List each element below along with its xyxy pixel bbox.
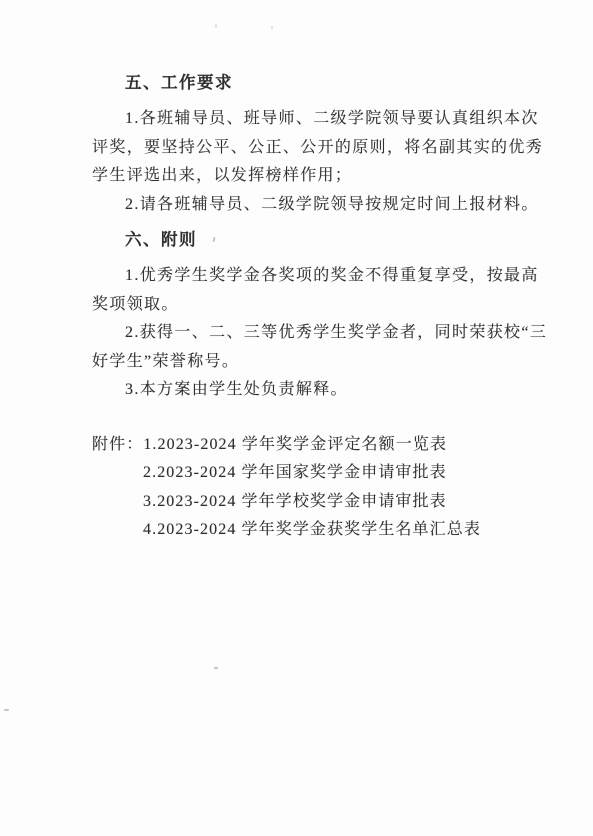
body-line: 2.请各班辅导员、二级学院领导按规定时间上报材料。 — [92, 191, 540, 220]
scan-speck — [214, 667, 218, 669]
body-line: 奖项领取。 — [92, 291, 540, 320]
body-line: 2.获得一、二、三等优秀学生奖学金者，同时荣获校“三 — [92, 319, 540, 348]
section-heading: 六、附则 — [125, 228, 540, 252]
attachment-item: 4.2023-2024 学年奖学金获奖学生名单汇总表 — [92, 516, 540, 544]
section-supplementary: 六、附则 1.优秀学生奖学金各奖项的奖金不得重复享受，按最高 奖项领取。 2.获… — [92, 228, 540, 405]
body-line: 1.优秀学生奖学金各奖项的奖金不得重复享受，按最高 — [92, 262, 540, 291]
attachments-label: 附件： — [92, 436, 143, 453]
body-line: 学生评选出来，以发挥榜样作用； — [92, 162, 540, 191]
body-line: 3.本方案由学生处负责解释。 — [92, 376, 540, 405]
body-line: 好学生”荣誉称号。 — [92, 348, 540, 377]
attachment-item-text: 1.2023-2024 学年奖学金评定名额一览表 — [143, 436, 447, 453]
attachments-list: 附件：1.2023-2024 学年奖学金评定名额一览表 2.2023-2024 … — [92, 431, 540, 545]
document-page: 五、工作要求 1.各班辅导员、班导师、二级学院领导要认真组织本次 评奖，要坚持公… — [0, 0, 593, 836]
body-line: 1.各班辅导员、班导师、二级学院领导要认真组织本次 — [92, 105, 540, 134]
section-work-requirements: 五、工作要求 1.各班辅导员、班导师、二级学院领导要认真组织本次 评奖，要坚持公… — [92, 71, 540, 219]
scan-speck — [215, 24, 217, 28]
body-line: 评奖，要坚持公平、公正、公开的原则，将名副其实的优秀 — [92, 134, 540, 163]
scan-speck — [4, 709, 9, 711]
attachment-item: 2.2023-2024 学年国家奖学金申请审批表 — [92, 459, 540, 487]
scan-speck — [271, 26, 273, 29]
section-heading: 五、工作要求 — [125, 71, 540, 95]
attachment-item: 附件：1.2023-2024 学年奖学金评定名额一览表 — [92, 431, 540, 459]
attachment-item: 3.2023-2024 学年学校奖学金申请审批表 — [92, 488, 540, 516]
